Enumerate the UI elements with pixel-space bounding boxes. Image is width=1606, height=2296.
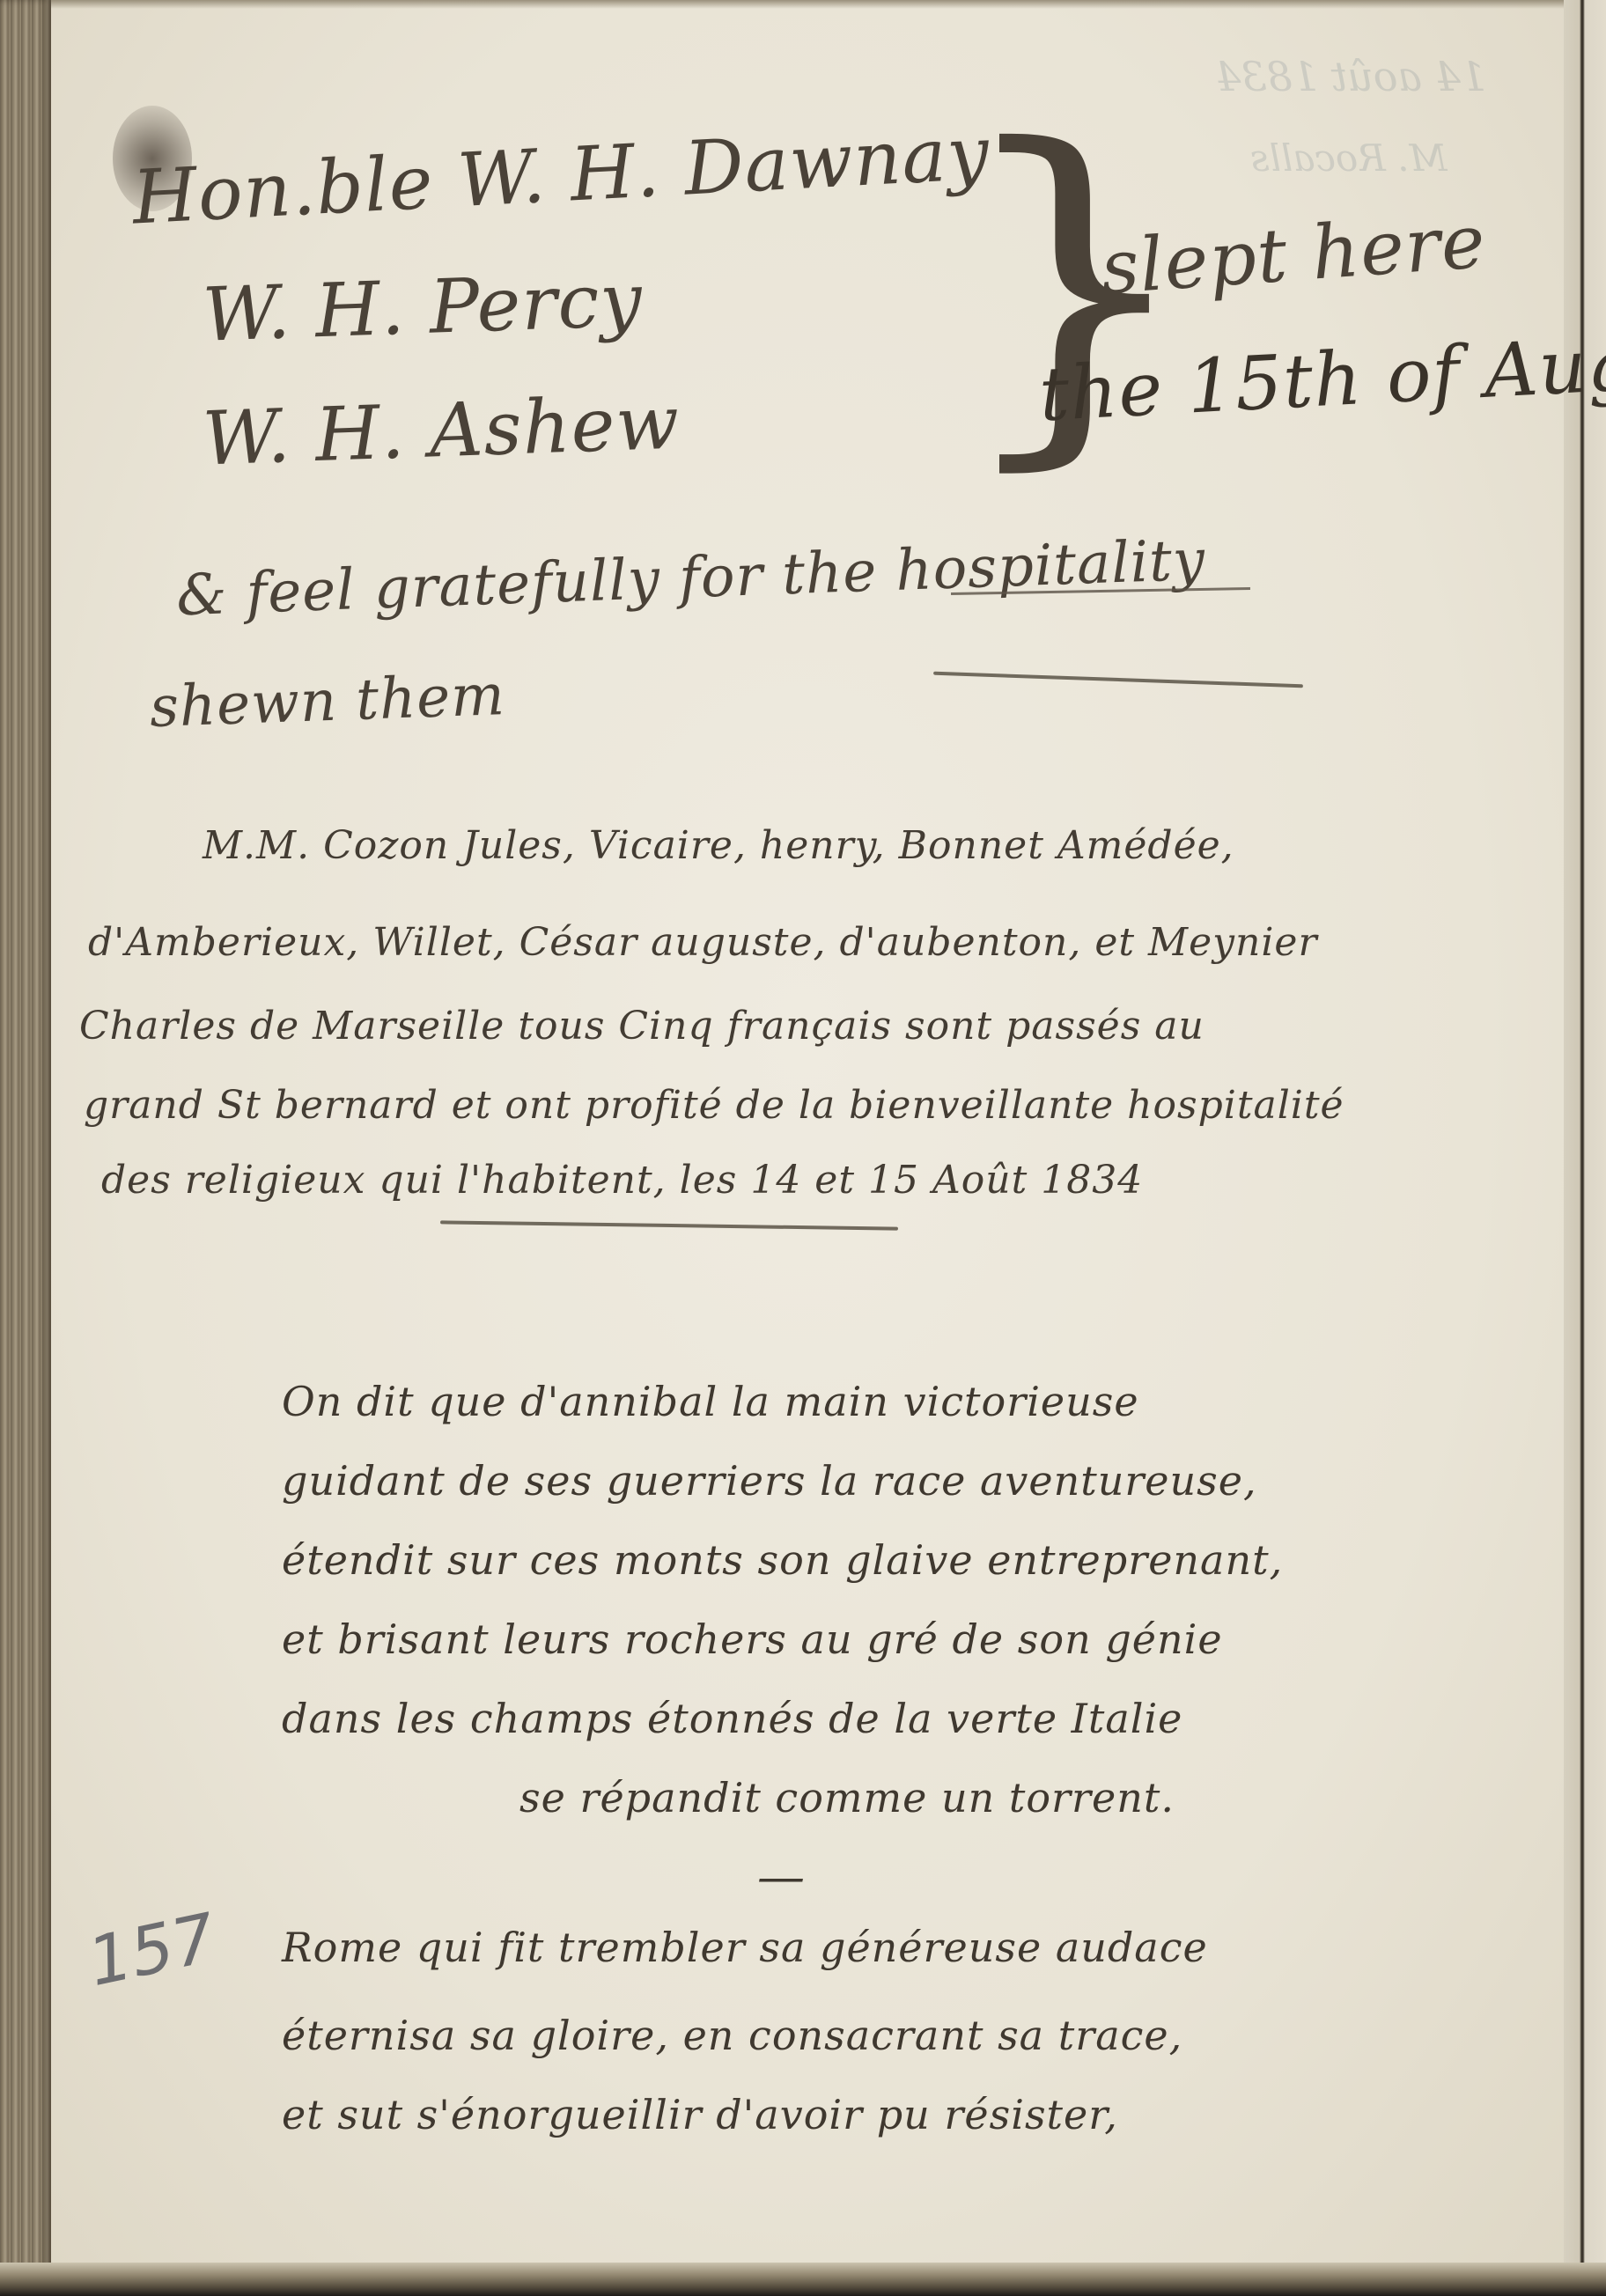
- poem-line: étendit sur ces monts son glaive entrepr…: [282, 1536, 1283, 1584]
- poem-line: guidant de ses guerriers la race aventur…: [282, 1457, 1257, 1505]
- poem-line: et sut s'énorgueillir d'avoir pu résiste…: [282, 2091, 1118, 2138]
- pencil-folio-number: 157: [81, 1898, 222, 2001]
- shewn-them-line: shewn them: [149, 663, 506, 740]
- poem-line: éternisa sa gloire, en consacrant sa tra…: [282, 2012, 1182, 2059]
- bleed-through-text: 14 août 1834: [1215, 53, 1486, 100]
- guest-name-3: W. H. Ashew: [201, 379, 681, 482]
- poem-line: dans les champs étonnés de la verte Ital…: [282, 1695, 1182, 1742]
- stanza-separator: —: [757, 1849, 806, 1904]
- poem-line: Rome qui fit trembler sa généreuse audac…: [282, 1924, 1208, 1971]
- page-bottom-edge: [0, 2263, 1606, 2296]
- poem-line: et brisant leurs rochers au gré de son g…: [282, 1615, 1223, 1663]
- french-line-5: des religieux qui l'habitent, les 14 et …: [101, 1158, 1143, 1203]
- section-divider: [440, 1220, 898, 1230]
- french-line-4: grand St bernard et ont profité de la bi…: [84, 1083, 1344, 1128]
- manuscript-page: 14 août 1834 M. Rocalls Hon.ble W. H. Da…: [0, 0, 1606, 2296]
- book-binding-left: [0, 0, 51, 2296]
- poem-line: se répandit comme un torrent.: [519, 1774, 1175, 1821]
- french-line-2: d'Amberieux, Willet, César auguste, d'au…: [88, 920, 1317, 965]
- underline-rule: [933, 672, 1303, 688]
- gratitude-line: & feel gratefully for the hospitality: [175, 528, 1206, 629]
- guest-name-1: Hon.ble W. H. Dawnay: [130, 110, 991, 241]
- poem-line: On dit que d'annibal la main victorieuse: [282, 1378, 1139, 1425]
- page-top-edge: [51, 0, 1564, 9]
- bleed-through-text: M. Rocalls: [1250, 136, 1448, 180]
- guest-name-2: W. H. Percy: [201, 256, 644, 357]
- french-line-1: M.M. Cozon Jules, Vicaire, henry, Bonnet…: [203, 823, 1234, 868]
- french-line-3: Charles de Marseille tous Cinq français …: [79, 1004, 1204, 1049]
